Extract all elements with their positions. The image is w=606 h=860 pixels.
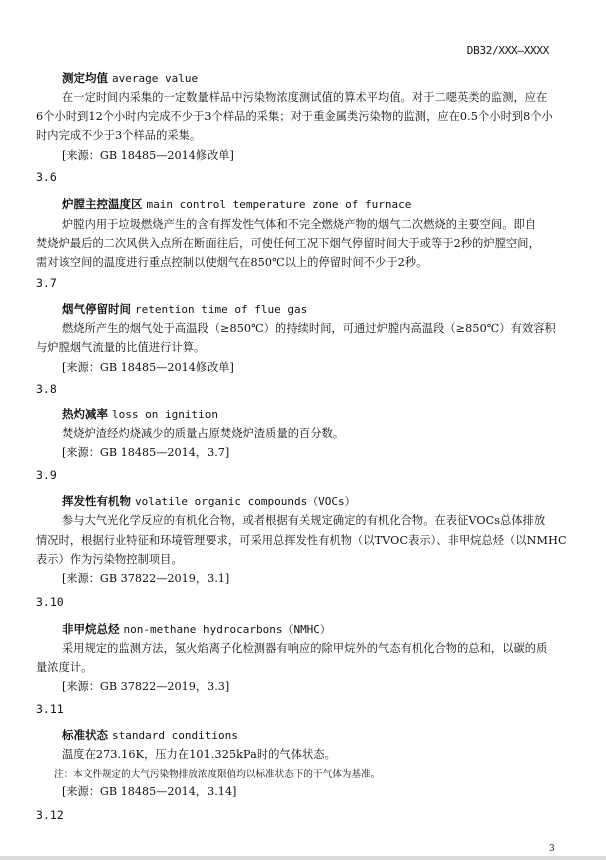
term-cn: 测定均值	[62, 71, 108, 85]
page-bottom-edge	[0, 856, 606, 860]
term-en: loss on ignition	[112, 408, 218, 421]
term-en: volatile organic compounds（VOCs）	[135, 495, 356, 508]
source-citation: [来源：GB 37822—2019，3.1]	[62, 570, 229, 586]
body-line: 6个小时到12个小时内完成不少于3个样品的采集；对于重金属类污染物的监测，应在0…	[36, 108, 553, 124]
section-number: 3.9	[36, 468, 57, 482]
term-heading: 测定均值average value	[62, 70, 198, 86]
page-number: 3	[549, 844, 555, 854]
body-line: 采用规定的监测方法，氢火焰离子化检测器有响应的除甲烷外的气态有机化合物的总和，以…	[62, 640, 547, 656]
section-number: 3.10	[36, 595, 64, 609]
document-code: DB32/XXX—XXXX	[467, 44, 549, 57]
term-heading: 标准状态standard conditions	[62, 727, 238, 743]
source-citation: [来源：GB 37822—2019，3.3]	[62, 678, 229, 694]
source-citation: [来源：GB 18485—2014，3.7]	[62, 444, 229, 460]
term-en: retention time of flue gas	[135, 303, 307, 316]
body-line: 参与大气光化学反应的有机化合物，或者根据有关规定确定的有机化合物。在表征VOCs…	[62, 512, 545, 528]
term-cn: 非甲烷总烃	[62, 622, 120, 636]
term-cn: 炉膛主控温度区	[62, 197, 143, 211]
section-number: 3.8	[36, 382, 57, 396]
note-text: 注：本文件规定的大气污染物排放浓度限值均以标准状态下的干气体为基准。	[54, 766, 380, 780]
term-heading: 挥发性有机物volatile organic compounds（VOCs）	[62, 493, 356, 509]
section-number: 3.11	[36, 702, 64, 716]
body-line: 炉膛内用于垃圾燃烧产生的含有挥发性气体和不完全燃烧产物的烟气二次燃烧的主要空间。…	[62, 216, 536, 232]
term-cn: 烟气停留时间	[62, 302, 131, 316]
term-en: main control temperature zone of furnace	[147, 198, 412, 211]
term-heading: 炉膛主控温度区main control temperature zone of …	[62, 196, 411, 212]
body-line: 需对该空间的温度进行重点控制以使烟气在850℃以上的停留时间不少于2秒。	[36, 254, 427, 270]
source-citation: [来源：GB 18485—2014，3.14]	[62, 783, 236, 799]
body-line: 焚烧炉最后的二次风供入点所在断面往后，可使任何工况下烟气停留时间大于或等于2秒的…	[36, 235, 540, 251]
body-line: 燃烧所产生的烟气处于高温段（≥850℃）的持续时间，可通过炉膛内高温段（≥850…	[62, 320, 556, 336]
section-number: 3.12	[36, 808, 64, 822]
source-citation: [来源：GB 18485—2014修改单]	[62, 359, 234, 375]
body-line: 焚烧炉渣经灼烧减少的质量占原焚烧炉渣质量的百分数。	[62, 425, 344, 441]
term-en: average value	[112, 72, 198, 85]
body-line: 量浓度计。	[36, 659, 92, 675]
body-line: 表示）作为污染物控制项目。	[36, 551, 183, 567]
term-heading: 烟气停留时间retention time of flue gas	[62, 301, 307, 317]
source-citation: [来源：GB 18485—2014修改单]	[62, 147, 234, 163]
body-line: 情况时，根据行业特征和环境管理要求，可采用总挥发性有机物（以TVOC表示）、非甲…	[36, 532, 567, 548]
term-cn: 标准状态	[62, 728, 108, 742]
term-heading: 热灼减率loss on ignition	[62, 406, 218, 422]
term-cn: 挥发性有机物	[62, 494, 131, 508]
term-heading: 非甲烷总烃non-methane hydrocarbons（NMHC）	[62, 621, 331, 637]
term-en: non-methane hydrocarbons（NMHC）	[124, 623, 331, 636]
term-cn: 热灼减率	[62, 407, 108, 421]
body-line: 与炉膛烟气流量的比值进行计算。	[36, 339, 205, 355]
term-en: standard conditions	[112, 729, 238, 742]
body-line: 温度在273.16K，压力在101.325kPa时的气体状态。	[62, 746, 336, 762]
body-line: 时内完成不少于3个样品的采集。	[36, 127, 201, 143]
section-number: 3.6	[36, 170, 57, 184]
document-page: DB32/XXX—XXXX 测定均值average value 在一定时间内采集…	[0, 0, 606, 856]
section-number: 3.7	[36, 276, 57, 290]
body-line: 在一定时间内采集的一定数量样品中污染物浓度测试值的算术平均值。对于二噁英类的监测…	[62, 89, 547, 105]
